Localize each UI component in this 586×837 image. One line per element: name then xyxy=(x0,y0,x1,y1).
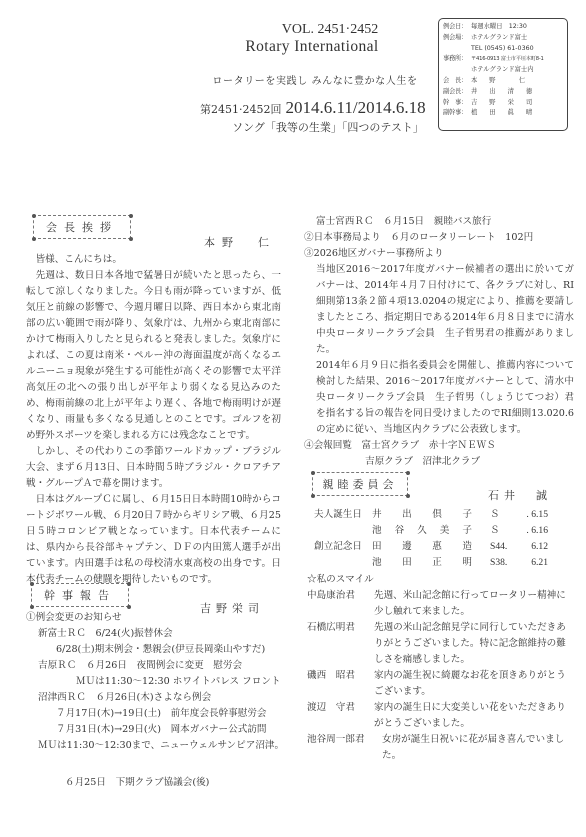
paragraph: 当地区2016〜2017年度ガバナー候補者の選出に於いてガバナーは、2014年４… xyxy=(316,262,574,358)
info-row-tel: TEL (0545) 61-0360 xyxy=(443,44,563,55)
bulletin-circulation: ④会報回覧 富士宮クラブ 赤十字ＮＥＷＳ 吉原クラブ 沼津北クラブ xyxy=(304,438,496,470)
district-governor-notice: 当地区2016〜2017年度ガバナー候補者の選出に於いてガバナーは、2014年４… xyxy=(316,262,574,438)
secretary-report-heading: 幹事報告 xyxy=(31,583,129,607)
paragraph: 先週は、数日日本各地で猛暑日が続いたと思ったら、一転して涼しくなりました。今日も… xyxy=(26,268,281,444)
info-row-venue: 例会場：ホテルグランド富士 xyxy=(443,33,563,44)
smile-title: ☆私のスマイル xyxy=(307,572,572,588)
table-row: 池田正明 S38.6.21 xyxy=(312,555,548,571)
info-row-president: 会 長：本 野 仁 xyxy=(443,76,563,87)
district-office-title: ③2026地区ガバナー事務所より xyxy=(304,246,533,262)
paragraph: 2014年６月９日に指名委員会を開催し、推薦内容について検討した結果、2016〜… xyxy=(316,358,574,438)
president-author: 本野 仁 xyxy=(204,234,276,250)
notice-line: 新富士ＲＣ 6/24(火)振替休会 xyxy=(26,626,284,642)
paragraph: 皆様、こんにちは。 xyxy=(26,252,281,268)
secretary-report-continued: 富士宮西ＲＣ ６月15日 親睦バス旅行 ②日本事務局より ６月のロータリーレート… xyxy=(304,214,533,262)
president-greeting-heading: 会長挨拶 xyxy=(33,215,131,239)
notice-title: ①例会変更のお知らせ xyxy=(26,610,284,626)
notice-line: ＭＵは11:30〜12:30 ホワイトパレス フロント xyxy=(26,674,284,690)
bulletin-line: ④会報回覧 富士宮クラブ 赤十字ＮＥＷＳ xyxy=(304,438,496,454)
notice-line: ７月31日(木)→29日(火) 岡本ガバナー公式訪問 xyxy=(26,722,284,738)
table-row: 夫人誕生日 井出倶子 Ｓ. 6.15 xyxy=(312,507,548,523)
info-row-meeting-day: 例会日：毎週水曜日 12:30 xyxy=(443,22,563,33)
meeting-change-notices: ①例会変更のお知らせ 新富士ＲＣ 6/24(火)振替休会 6/28(土)期末例会… xyxy=(26,610,284,754)
paragraph: しかし、その代わりこの季節ワールドカップ・ブラジル大会、まず６月13日、日本時間… xyxy=(26,444,281,492)
anniversaries-table: 夫人誕生日 井出倶子 Ｓ. 6.15 池谷久美子 Ｓ. 6.16 創立記念日 田… xyxy=(312,507,548,571)
info-row-office: 事務所：〒416-0913 富士市平垣本町8-1 xyxy=(443,54,563,65)
info-row-office-2: ホテルグランド富士内 xyxy=(443,65,563,76)
info-row-vice-president: 副会長：井 出 清 徳 xyxy=(443,87,563,98)
notice-line: 富士宮西ＲＣ ６月15日 親睦バス旅行 xyxy=(304,214,533,230)
issue-dates: 2014.6.11/2014.6.18 xyxy=(286,98,426,117)
president-message: 皆様、こんにちは。 先週は、数日日本各地で猛暑日が続いたと思ったら、一転して涼し… xyxy=(26,252,281,588)
list-item: 渡辺 守君家内の誕生日に大変美しい花をいただきありがとうございました。 xyxy=(307,700,572,732)
paragraph: 日本はグループＣに属し、６月15日日本時間10時からコートジボワール戦、６月20… xyxy=(26,492,281,588)
bulletin-line: 吉原クラブ 沼津北クラブ xyxy=(304,454,496,470)
issue-line: 第2451·2452回2014.6.11/2014.6.18 xyxy=(200,98,430,118)
info-row-secretary: 幹 事：吉 野 栄 司 xyxy=(443,98,563,109)
song-line: ソング「我等の生業」「四つのテスト」 xyxy=(228,119,428,135)
notice-line: ＭＵは11:30〜12:30まで、ニューウェルサンピア沼津。 xyxy=(26,738,284,754)
list-item: 磯西 昭君家内の誕生祝に綺麗なお花を頂きありがとうございます。 xyxy=(307,668,572,700)
list-item: 中島康治君先週、米山記念館に行ってロータリー精神に少し触れて来ました。 xyxy=(307,588,572,620)
notice-line: ７月17日(木)→19日(土) 前年度会長幹事慰労会 xyxy=(26,706,284,722)
volume-label: VOL. 2451·2452 xyxy=(270,22,390,38)
newsletter-title: Rotary International xyxy=(222,38,402,56)
table-row: 創立記念日 田邊惠造 S44.6.12 xyxy=(312,539,548,555)
info-row-vice-secretary: 副幹事：植 田 眞 晴 xyxy=(443,108,563,119)
fellowship-committee-heading: 親睦委員会 xyxy=(312,472,408,496)
notice-line: 6/28(土)期末例会・懇親会(伊豆長岡楽山やすだ) xyxy=(26,642,284,658)
notice-line-continued: ６月25日 下期クラブ協議会(後) xyxy=(65,775,209,791)
list-item: 石橋広明君先週の米山記念館見学に同行していただきありがとうございました。特に記念… xyxy=(307,620,572,668)
japan-office-rate: ②日本事務局より ６月のロータリーレート 102円 xyxy=(304,230,533,246)
motto: ロータリーを実践し みんなに豊かな人生を xyxy=(205,72,425,87)
notice-line: 吉原ＲＣ ６月26日 夜間例会に変更 慰労会 xyxy=(26,658,284,674)
issue-number: 第2451·2452回 xyxy=(200,103,282,116)
my-smile-list: ☆私のスマイル 中島康治君先週、米山記念館に行ってロータリー精神に少し触れて来ま… xyxy=(307,572,572,764)
table-row: 池谷久美子 Ｓ. 6.16 xyxy=(312,523,548,539)
club-info-box: 例会日：毎週水曜日 12:30 例会場：ホテルグランド富士 TEL (0545)… xyxy=(438,18,568,131)
fellowship-author: 石井 誠 xyxy=(488,487,552,503)
list-item: 池谷周一郎君女房が誕生日祝いに花が届き喜んでいました。 xyxy=(307,732,572,764)
notice-line: 沼津西ＲＣ ６月26日(木)さよなら例会 xyxy=(26,690,284,706)
